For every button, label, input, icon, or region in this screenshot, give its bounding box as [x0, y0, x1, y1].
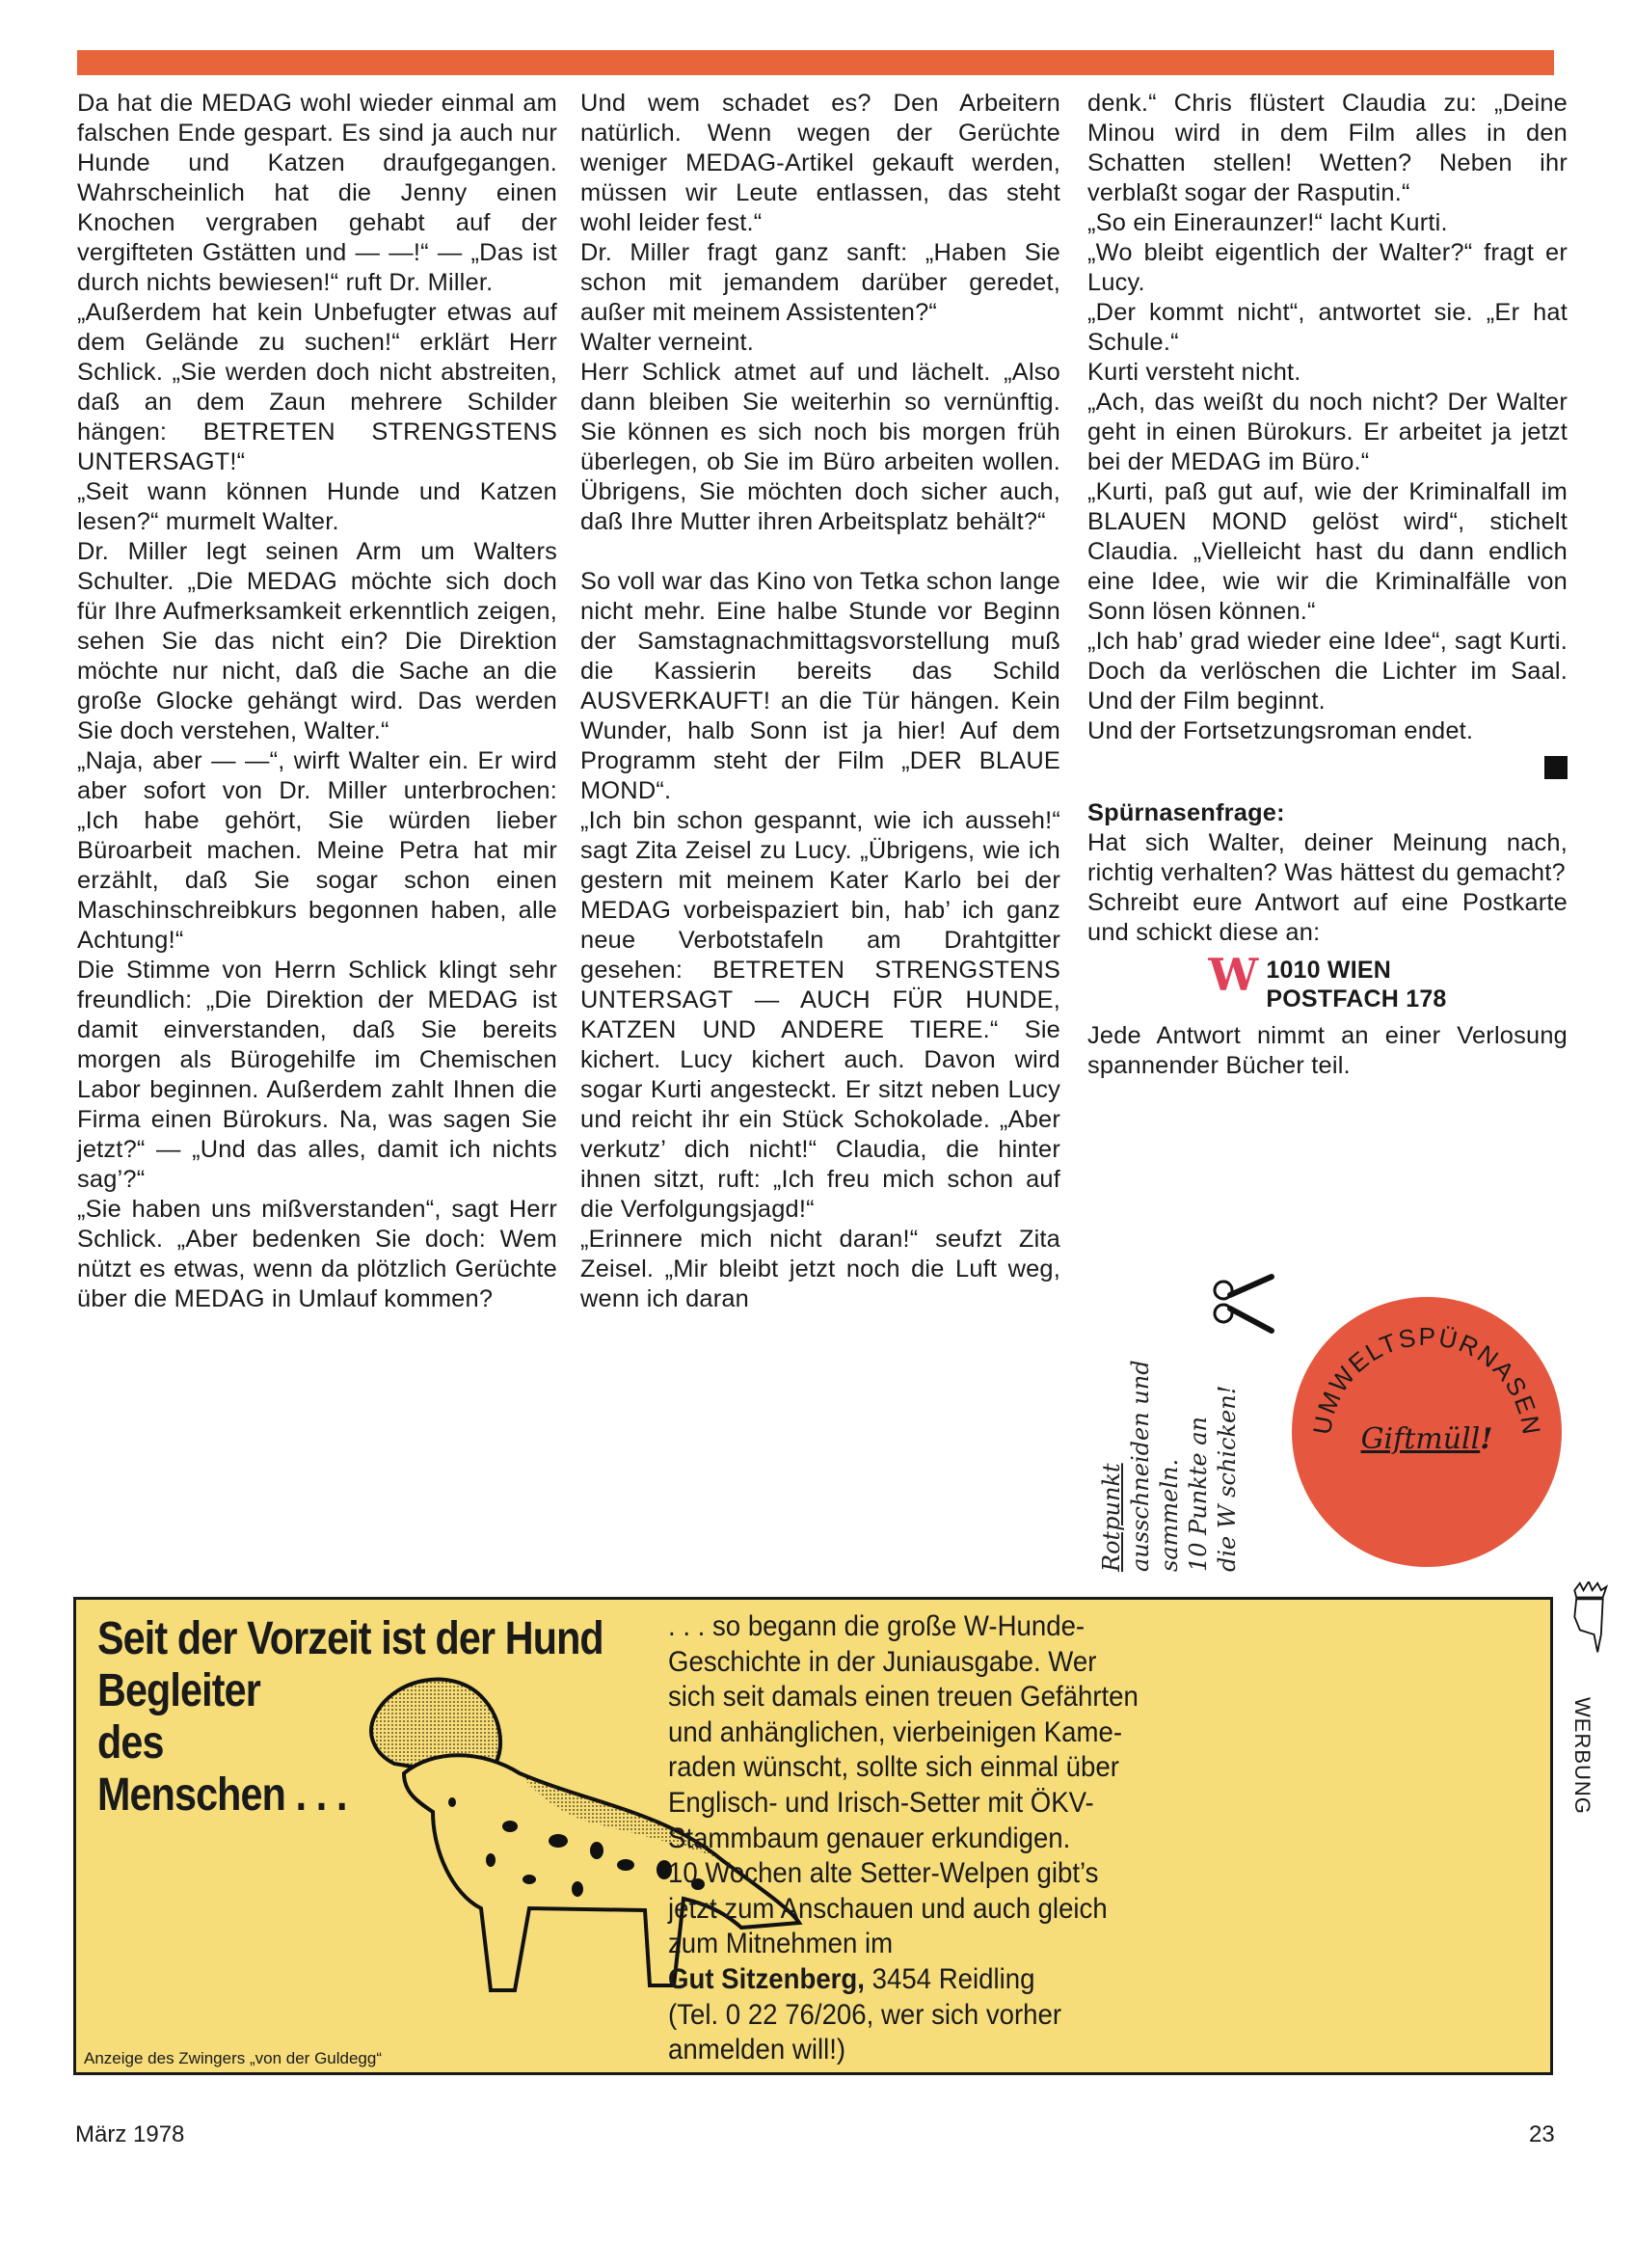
w-magazine-logo-icon: W [1208, 956, 1258, 994]
paragraph: „Seit wann können Hunde und Katzen lesen… [77, 477, 557, 537]
note-line: Rotpunkt [1098, 1463, 1125, 1572]
paragraph: „Naja, aber — —“, wirft Walter ein. Er w… [77, 746, 557, 956]
article-column-1: Da hat die MEDAG wohl wieder einmal am f… [77, 89, 557, 1314]
header-color-bar [77, 50, 1554, 75]
page-number: 23 [1529, 2121, 1555, 2148]
ad-caption: Anzeige des Zwingers „von der Guldegg“ [84, 2049, 382, 2068]
paragraph: „Ich bin schon gespannt, wie ich ausseh!… [580, 806, 1060, 1225]
paragraph: „Ach, das weißt du noch nicht? Der Walte… [1087, 388, 1568, 477]
paragraph: Dr. Miller legt seinen Arm um Walters Sc… [77, 537, 557, 746]
spuernasenfrage-title: Spürnasenfrage: [1087, 798, 1568, 828]
paragraph: Walter verneint. [580, 328, 1060, 358]
dog-advertisement: Seit der Vorzeit ist der Hund Begleiter … [73, 1597, 1553, 2075]
paragraph: Herr Schlick atmet auf und lächelt. „Als… [580, 358, 1060, 537]
paragraph: Die Stimme von Herrn Schlick klingt sehr… [77, 956, 557, 1195]
raffle-note: Jede Antwort nimmt an einer Verlosung sp… [1087, 1021, 1568, 1081]
paragraph: „Der kommt nicht“, antwortet sie. „Er ha… [1087, 298, 1568, 358]
paragraph: „Erinnere mich nicht daran!“ seufzt Zita… [580, 1225, 1060, 1314]
address-line-city: 1010 WIEN [1266, 956, 1446, 985]
advertising-side-label: WERBUNG [1562, 1697, 1600, 1871]
paragraph: Und der Fortsetzungsroman endet. [1087, 716, 1568, 746]
paragraph: Da hat die MEDAG wohl wieder einmal am f… [77, 89, 557, 298]
scissors-icon [1210, 1271, 1277, 1338]
paragraph: „Ich hab’ grad wieder eine Idee“, sagt K… [1087, 627, 1568, 716]
ad-contact: Gut Sitzenberg, 3454 Reidling [668, 1962, 1209, 1998]
svg-text:UMWELTSPÜRNASEN: UMWELTSPÜRNASEN [1307, 1322, 1546, 1438]
paragraph: „Außerdem hat kein Unbefugter etwas auf … [77, 298, 557, 477]
article-column-2: Und wem schadet es? Den Arbeitern natürl… [580, 89, 1060, 1314]
end-of-story-square-icon [1544, 756, 1568, 779]
spuernasenfrage-instruction: Schreibt eure Antwort auf eine Postkarte… [1087, 888, 1568, 948]
ad-body-text: . . . so begann die große W-Hunde- Gesch… [668, 1609, 1209, 2068]
paragraph: Und wem schadet es? Den Arbeitern natürl… [580, 89, 1060, 238]
paragraph: denk.“ Chris flüstert Claudia zu: „Deine… [1087, 89, 1568, 208]
note-line: 10 Punkte an [1184, 1244, 1213, 1572]
note-line: ausschneiden und [1126, 1244, 1155, 1572]
paragraph: „Wo bleibt eigentlich der Walter?“ fragt… [1087, 238, 1568, 298]
note-line: sammeln. [1155, 1244, 1184, 1572]
paragraph: So voll war das Kino von Tetka schon lan… [580, 567, 1060, 806]
paragraph: „Sie haben uns mißverstanden“, sagt Herr… [77, 1195, 557, 1314]
paragraph: Kurti versteht nicht. [1087, 358, 1568, 388]
mailing-address: W 1010 WIEN POSTFACH 178 [1087, 956, 1568, 1013]
paragraph: „So ein Eineraunzer!“ lacht Kurti. [1087, 208, 1568, 238]
issue-date: März 1978 [75, 2121, 184, 2148]
spuernasenfrage-question: Hat sich Walter, deiner Meinung nach, ri… [1087, 828, 1568, 888]
article-column-3: denk.“ Chris flüstert Claudia zu: „Deine… [1087, 89, 1568, 1081]
sticker-label: Giftmüll! [1350, 1422, 1504, 1456]
crown-hand-icon [1560, 1581, 1618, 1687]
ad-phone: (Tel. 0 22 76/206, wer sich vorher [668, 1998, 1209, 2034]
address-line-postbox: POSTFACH 178 [1266, 985, 1446, 1013]
rotpunkt-sticker[interactable]: UMWELTSPÜRNASEN Giftmüll! [1292, 1297, 1562, 1567]
paragraph: „Kurti, paß gut auf, wie der Kriminalfal… [1087, 477, 1568, 627]
paragraph: Dr. Miller fragt ganz sanft: „Haben Sie … [580, 238, 1060, 328]
